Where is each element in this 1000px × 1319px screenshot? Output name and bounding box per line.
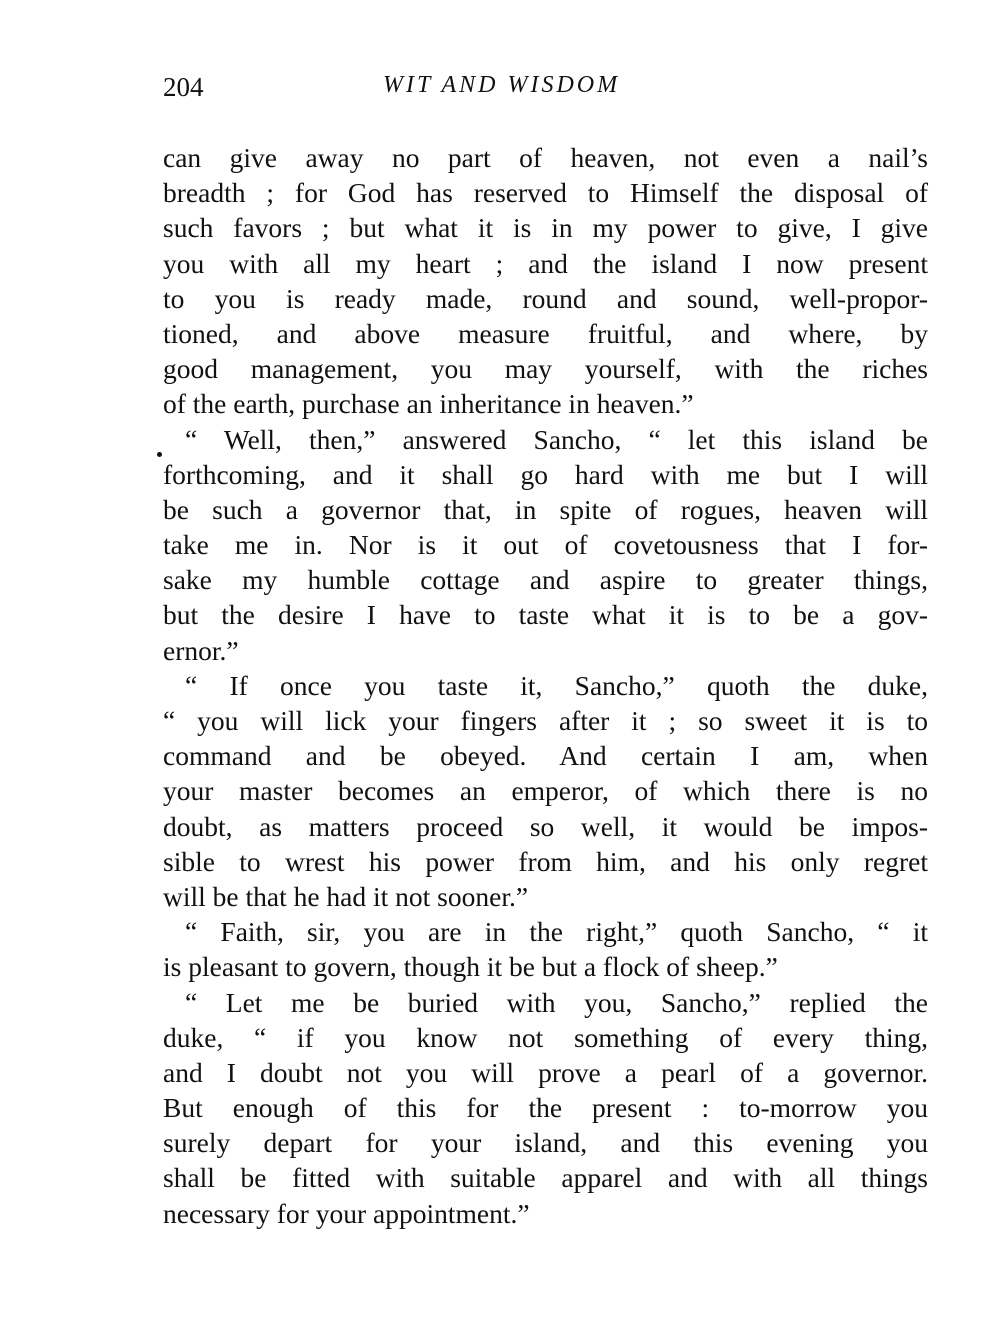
text-line: be such a governor that, in spite of rog… <box>163 492 928 527</box>
text-line: sake my humble cottage and aspire to gre… <box>163 562 928 597</box>
text-line: surely depart for your island, and this … <box>163 1125 928 1160</box>
text-line: “ If once you taste it, Sancho,” quoth t… <box>163 668 928 703</box>
text-line: command and be obeyed. And certain I am,… <box>163 738 928 773</box>
text-line: duke, “ if you know not something of eve… <box>163 1020 928 1055</box>
text-line: sible to wrest his power from him, and h… <box>163 844 928 879</box>
text-line: doubt, as matters proceed so well, it wo… <box>163 809 928 844</box>
book-page: 204 WIT AND WISDOM can give away no part… <box>0 0 1000 1319</box>
text-line: to you is ready made, round and sound, w… <box>163 281 928 316</box>
paragraph: “ Faith, sir, you are in the right,” quo… <box>163 914 928 984</box>
text-line: breadth ; for God has reserved to Himsel… <box>163 175 928 210</box>
text-line: tioned, and above measure fruitful, and … <box>163 316 928 351</box>
text-line: But enough of this for the present : to-… <box>163 1090 928 1125</box>
text-line: good management, you may yourself, with … <box>163 351 928 386</box>
paragraph: can give away no part of heaven, not eve… <box>163 140 928 422</box>
text-line: “ Let me be buried with you, Sancho,” re… <box>163 985 928 1020</box>
text-line: “ Faith, sir, you are in the right,” quo… <box>163 914 928 949</box>
body-text: can give away no part of heaven, not eve… <box>163 140 928 1231</box>
text-line: will be that he had it not sooner.” <box>163 879 928 914</box>
paragraph: “ Let me be buried with you, Sancho,” re… <box>163 985 928 1231</box>
text-line: shall be fitted with suitable apparel an… <box>163 1160 928 1195</box>
text-line: is pleasant to govern, though it be but … <box>163 949 928 984</box>
text-line: take me in. Nor is it out of covetousnes… <box>163 527 928 562</box>
text-line: your master becomes an emperor, of which… <box>163 773 928 808</box>
page-number: 204 <box>163 72 204 103</box>
text-line: forthcoming, and it shall go hard with m… <box>163 457 928 492</box>
text-line: such favors ; but what it is in my power… <box>163 210 928 245</box>
text-line: necessary for your appointment.” <box>163 1196 928 1231</box>
text-line: of the earth, purchase an inheritance in… <box>163 386 928 421</box>
text-line: “ you will lick your fingers after it ; … <box>163 703 928 738</box>
text-line: can give away no part of heaven, not eve… <box>163 140 928 175</box>
running-head: 204 WIT AND WISDOM <box>163 72 933 112</box>
text-line: “ Well, then,” answered Sancho, “ let th… <box>163 422 928 457</box>
running-title: WIT AND WISDOM <box>383 72 620 99</box>
text-line: you with all my heart ; and the island I… <box>163 246 928 281</box>
paragraph: “ Well, then,” answered Sancho, “ let th… <box>163 422 928 668</box>
text-line: and I doubt not you will prove a pearl o… <box>163 1055 928 1090</box>
text-line: ernor.” <box>163 633 928 668</box>
paragraph: “ If once you taste it, Sancho,” quoth t… <box>163 668 928 914</box>
ink-speck <box>157 452 162 457</box>
text-line: but the desire I have to taste what it i… <box>163 597 928 632</box>
